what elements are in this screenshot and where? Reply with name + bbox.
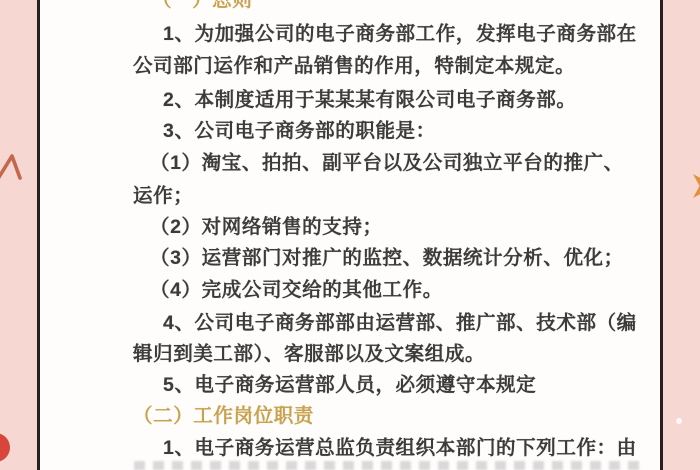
section-heading-2: （二）工作岗位职责 bbox=[133, 400, 314, 428]
doc-line-11: 辑归到美工部）、客服部以及文案组成。 bbox=[133, 338, 485, 366]
doc-line-7: （2）对网络销售的支持； bbox=[150, 211, 383, 239]
document-page: （一）总则 1、为加强公司的电子商务部工作，发挥电子商务部在 公司部门运作和产品… bbox=[0, 0, 700, 470]
doc-line-9: （4）完成公司交给的其他工作。 bbox=[150, 274, 443, 302]
left-margin-strip bbox=[0, 0, 38, 470]
doc-line-4: 3、公司电子商务部的职能是： bbox=[163, 115, 436, 143]
right-border-rule bbox=[660, 0, 663, 470]
white-dot-icon bbox=[676, 418, 682, 424]
doc-line-1: 1、为加强公司的电子商务部工作，发挥电子商务部在 bbox=[163, 18, 637, 46]
sparkle-star-icon bbox=[683, 164, 700, 208]
left-border-rule bbox=[37, 0, 40, 470]
doc-line-3: 2、本制度适用于某某某有限公司电子商务部。 bbox=[163, 84, 576, 112]
doc-line-5: （1）淘宝、拍拍、副平台以及公司独立平台的推广、 bbox=[150, 147, 624, 175]
red-dot-icon bbox=[0, 433, 10, 462]
doc-line-8: （3）运营部门对推广的监控、数据统计分析、优化； bbox=[150, 242, 624, 270]
faded-cutoff-text-line bbox=[134, 461, 640, 470]
doc-line-14: 1、电子商务运营总监负责组织本部门的下列工作：由 bbox=[163, 432, 637, 460]
right-margin-strip bbox=[663, 0, 700, 470]
section-heading-partial: （一）总则 bbox=[152, 0, 253, 12]
zigzag-mark-icon bbox=[0, 148, 34, 192]
doc-line-2: 公司部门运作和产品销售的作用，特制定本规定。 bbox=[133, 50, 575, 78]
doc-line-12: 5、电子商务运营部人员，必须遵守本规定 bbox=[163, 369, 536, 397]
doc-line-6: 运作； bbox=[133, 180, 193, 208]
doc-line-10: 4、公司电子商务部部由运营部、推广部、技术部（编 bbox=[163, 307, 637, 335]
